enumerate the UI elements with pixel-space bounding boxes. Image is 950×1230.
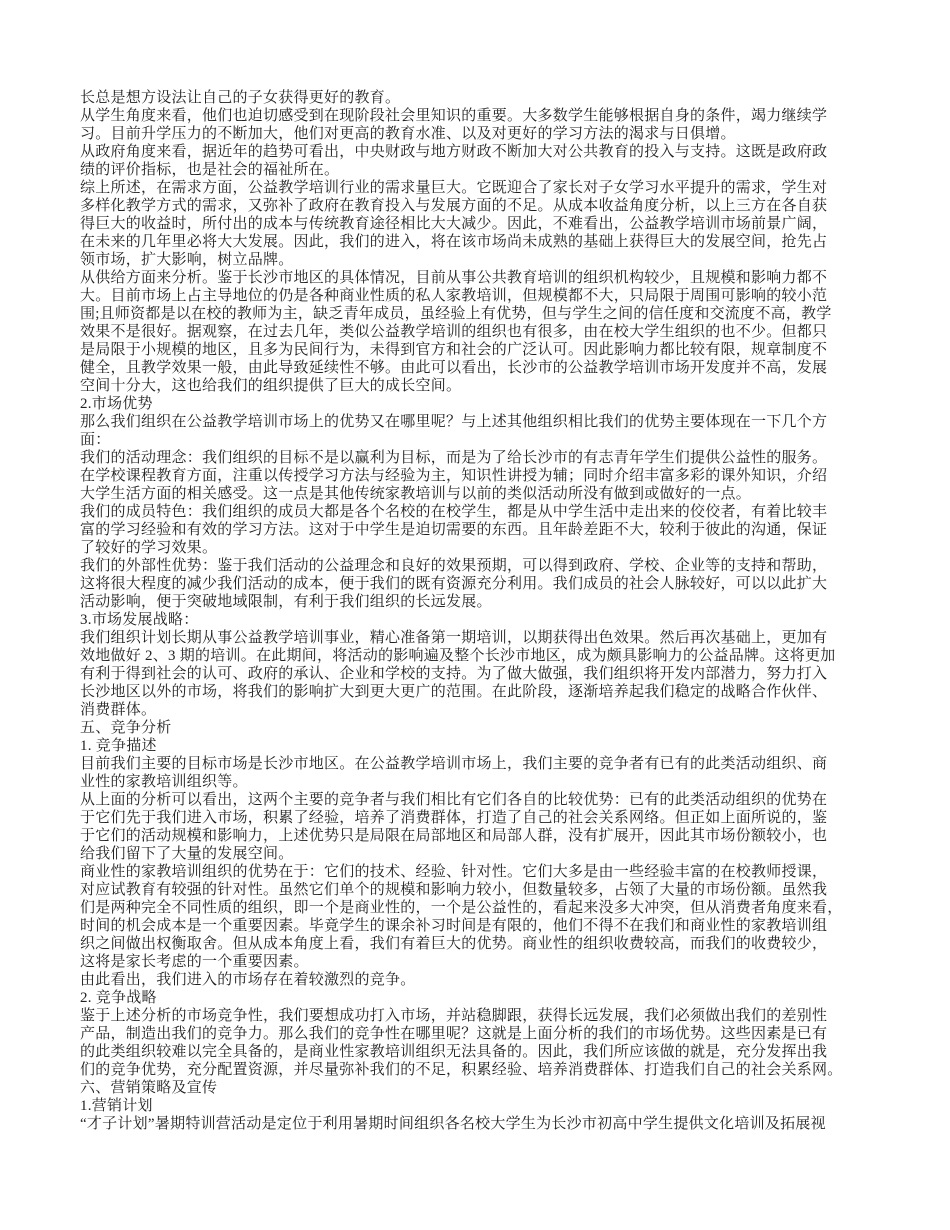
text-line: 业性的家教培训组织等。	[80, 773, 890, 791]
text-line: 效果不是很好。据观察，在过去几年，类似公益教学培训的组织也有很多，由在校大学生组…	[80, 323, 890, 341]
document-text-block: 长总是想方设法让自己的子女获得更好的教育。从学生角度来看，他们也迫切感受到在现阶…	[80, 89, 890, 1133]
text-line: 商业性的家教培训组织的优势在于：它们的技术、经验、针对性。它们大多是由一些经验丰…	[80, 863, 890, 881]
text-line: 习。目前升学压力的不断加大，他们对更高的教育水准、以及对更好的学习方法的渴求与日…	[80, 125, 890, 143]
text-line: 健全，且教学效果一般，由此导致延续性不够。由此可以看出，长沙市的公益教学培训市场…	[80, 359, 890, 377]
text-line: 产品，制造出我们的竞争力。那么我们的竞争性在哪里呢？这就是上面分析的我们的市场优…	[80, 1025, 890, 1043]
text-line: 五、竞争分析	[80, 719, 890, 737]
text-line: 那么我们组织在公益教学培训市场上的优势又在哪里呢？与上述其他组织相比我们的优势主…	[80, 413, 890, 431]
text-line: “才子计划”暑期特训营活动是定位于利用暑期时间组织各名校大学生为长沙市初高中学生…	[80, 1115, 890, 1133]
text-line: 得巨大的收益时，所付出的成本与传统教育途径相比大大减少。因此，不难看出，公益教学…	[80, 215, 890, 233]
text-line: 效地做好 2、3 期的培训。在此期间，将活动的影响遍及整个长沙市地区，成为颇具影…	[80, 647, 890, 665]
text-line: 活动影响，便于突破地域限制，有利于我们组织的长远发展。	[80, 593, 890, 611]
text-line: 长沙地区以外的市场，将我们的影响扩大到更大更广的范围。在此阶段，逐渐培养起我们稳…	[80, 683, 890, 701]
text-line: 由此看出，我们进入的市场存在着较激烈的竞争。	[80, 971, 890, 989]
text-line: 我们组织计划长期从事公益教学培训事业，精心准备第一期培训，以期获得出色效果。然后…	[80, 629, 890, 647]
text-line: 于它们的活动规模和影响力，上述优势只是局限在局部地区和局部人群，没有扩展开，因此…	[80, 827, 890, 845]
text-line: 有利于得到社会的认可、政府的承认、企业和学校的支持。为了做大做强，我们组织将开发…	[80, 665, 890, 683]
text-line: 富的学习经验和有效的学习方法。这对于中学生是迫切需要的东西。且年龄差距不大，较利…	[80, 521, 890, 539]
text-line: 面：	[80, 431, 890, 449]
text-line: 从学生角度来看，他们也迫切感受到在现阶段社会里知识的重要。大多数学生能够根据自身…	[80, 107, 890, 125]
text-line: 六、营销策略及宣传	[80, 1079, 890, 1097]
document-page: 长总是想方设法让自己的子女获得更好的教育。从学生角度来看，他们也迫切感受到在现阶…	[0, 0, 950, 1230]
text-line: 3.市场发展战略：	[80, 611, 890, 629]
text-line: 是局限于小规模的地区，且多为民间行为，未得到官方和社会的广泛认可。因此影响力都比…	[80, 341, 890, 359]
text-line: 的此类组织较难以完全具备的，是商业性家教培训组织无法具备的。因此，我们所应该做的…	[80, 1043, 890, 1061]
text-line: 2. 竞争战略	[80, 989, 890, 1007]
text-line: 于它们先于我们进入市场，积累了经验，培养了消费群体，打造了自己的社会关系网络。但…	[80, 809, 890, 827]
text-line: 们是两种完全不同性质的组织，即一个是商业性的，一个是公益性的，看起来没多大冲突，…	[80, 899, 890, 917]
text-line: 从政府角度来看，据近年的趋势可看出，中央财政与地方财政不断加大对公共教育的投入与…	[80, 143, 890, 161]
text-line: 我们的活动理念：我们组织的目标不是以赢利为目标，而是为了给长沙市的有志青年学生们…	[80, 449, 890, 467]
text-line: 在学校课程教育方面，注重以传授学习方法与经验为主，知识性讲授为辅；同时介绍丰富多…	[80, 467, 890, 485]
text-line: 消费群体。	[80, 701, 890, 719]
text-line: 我们的外部性优势：鉴于我们活动的公益理念和良好的效果预期，可以得到政府、学校、企…	[80, 557, 890, 575]
text-line: 大学生活方面的相关感受。这一点是其他传统家教培训与以前的类似活动所没有做到或做好…	[80, 485, 890, 503]
text-line: 在未来的几年里必将大大发展。因此，我们的进入，将在该市场尚未成熟的基础上获得巨大…	[80, 233, 890, 251]
text-line: 这将是家长考虑的一个重要因素。	[80, 953, 890, 971]
text-line: 多样化教学方式的需求，又弥补了政府在教育投入与发展方面的不足。从成本收益角度分析…	[80, 197, 890, 215]
text-line: 1. 竞争描述	[80, 737, 890, 755]
text-line: 长总是想方设法让自己的子女获得更好的教育。	[80, 89, 890, 107]
text-line: 我们的成员特色：我们组织的成员大都是各个名校的在校学生，都是从中学生活中走出来的…	[80, 503, 890, 521]
text-line: 从上面的分析可以看出，这两个主要的竞争者与我们相比有它们各自的比较优势：已有的此…	[80, 791, 890, 809]
text-line: 从供给方面来分析。鉴于长沙市地区的具体情况，目前从事公共教育培训的组织机构较少，…	[80, 269, 890, 287]
text-line: 综上所述，在需求方面，公益教学培训行业的需求量巨大。它既迎合了家长对子女学习水平…	[80, 179, 890, 197]
text-line: 给我们留下了大量的发展空间。	[80, 845, 890, 863]
text-line: 目前我们主要的目标市场是长沙市地区。在公益教学培训市场上，我们主要的竞争者有已有…	[80, 755, 890, 773]
text-line: 2.市场优势	[80, 395, 890, 413]
text-line: 空间十分大，这也给我们的组织提供了巨大的成长空间。	[80, 377, 890, 395]
text-line: 鉴于上述分析的市场竞争性，我们要想成功打入市场，并站稳脚跟，获得长远发展，我们必…	[80, 1007, 890, 1025]
text-line: 时间的机会成本是一个重要因素。毕竟学生的课余补习时间是有限的，他们不得不在我们和…	[80, 917, 890, 935]
text-line: 们的竞争优势，充分配置资源，并尽量弥补我们的不足，积累经验、培养消费群体、打造我…	[80, 1061, 890, 1079]
text-line: 大。目前市场上占主导地位的仍是各种商业性质的私人家教培训，但规模都不大，只局限于…	[80, 287, 890, 305]
text-line: 这将很大程度的减少我们活动的成本，便于我们的既有资源充分利用。我们成员的社会人脉…	[80, 575, 890, 593]
text-line: 领市场，扩大影响，树立品牌。	[80, 251, 890, 269]
text-line: 围;且师资都是以在校的教师为主，缺乏青年成员，虽经验上有优势，但与学生之间的信任…	[80, 305, 890, 323]
text-line: 了较好的学习效果。	[80, 539, 890, 557]
text-line: 织之间做出权衡取舍。但从成本角度上看，我们有着巨大的优势。商业性的组织收费较高，…	[80, 935, 890, 953]
text-line: 1.营销计划	[80, 1097, 890, 1115]
text-line: 对应试教育有较强的针对性。虽然它们单个的规模和影响力较小，但数量较多，占领了大量…	[80, 881, 890, 899]
text-line: 绩的评价指标，也是社会的福祉所在。	[80, 161, 890, 179]
